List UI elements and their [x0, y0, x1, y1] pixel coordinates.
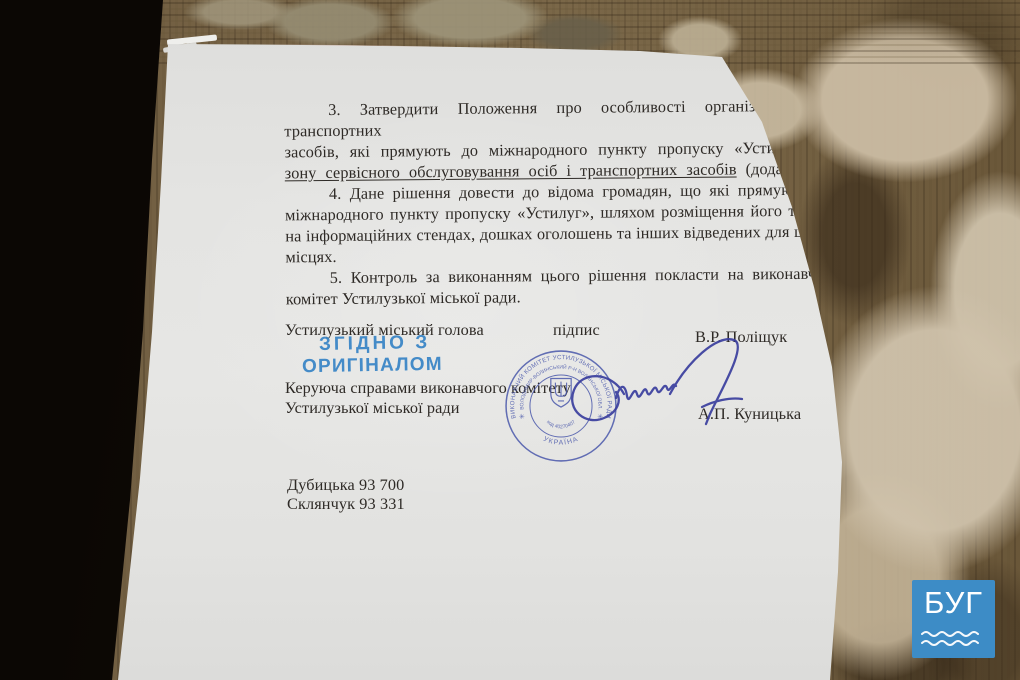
contact-line: Дубицька 93 700 — [287, 475, 404, 495]
signer-role-manager-line2: Устилузької міської ради — [285, 398, 460, 418]
seal-star-left: ✳ — [519, 413, 525, 421]
waves-icon — [920, 629, 987, 649]
bug-logo-text: БУГ — [912, 585, 995, 621]
signature-stroke — [616, 385, 676, 399]
handwritten-signature — [552, 332, 784, 444]
doc-text-underlined: зону сервісного обслуговування осіб і тр… — [285, 159, 737, 182]
photo-of-document: 3. Затвердити Положення про особливості … — [0, 0, 1020, 680]
document-body: 3. Затвердити Положення про особливості … — [284, 95, 834, 310]
contact-line: Склянчук 93 331 — [287, 494, 405, 514]
doc-text: комітет Устилузької міської ради. — [286, 287, 521, 308]
bug-watermark-logo: БУГ — [912, 580, 995, 658]
signature-stroke — [670, 339, 738, 424]
signature-stroke — [702, 398, 742, 407]
doc-text: на інформаційних стендах, дошках оголоше… — [285, 222, 833, 246]
doc-text: місцях. — [285, 247, 336, 266]
doc-text: 5. Контроль за виконанням цього рішення … — [330, 264, 834, 287]
doc-line: комітет Устилузької міської ради. — [286, 284, 834, 310]
certified-copy-stamp-line: ЗГІДНО З — [319, 332, 431, 356]
certified-copy-stamp-line: ОРИГІНАЛОМ — [302, 354, 443, 378]
